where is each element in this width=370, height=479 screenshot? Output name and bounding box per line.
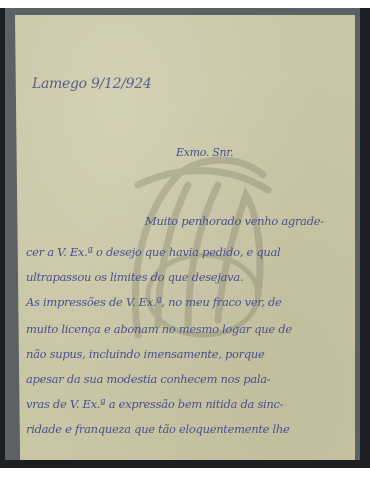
body-line: ridade e franqueza que tão eloquentement…: [26, 422, 290, 436]
body-line: não supus, incluindo imensamente, porque: [26, 347, 265, 361]
salutation: Exmo. Snr.: [176, 146, 233, 159]
body-line: As impressões de V. Ex.ª, no meu fraco v…: [26, 295, 282, 309]
body-line: muito licença e abonam no mesmo logar qu…: [26, 322, 292, 336]
place-date: Lamego 9/12/924: [32, 76, 151, 92]
place: Lamego: [32, 76, 87, 92]
body-line: apesar da sua modestia conhecem nos pala…: [26, 372, 270, 386]
body-line: cer a V. Ex.ª o desejo que havia pedido,…: [26, 245, 280, 259]
body-line: ultrapassou os limites do que desejava.: [26, 270, 243, 284]
body-line: Muito penhorado venho agrade-: [145, 214, 324, 228]
date: 9/12/924: [91, 76, 151, 92]
body-line: vras de V. Ex.ª a expressão bem nitida d…: [26, 397, 283, 411]
